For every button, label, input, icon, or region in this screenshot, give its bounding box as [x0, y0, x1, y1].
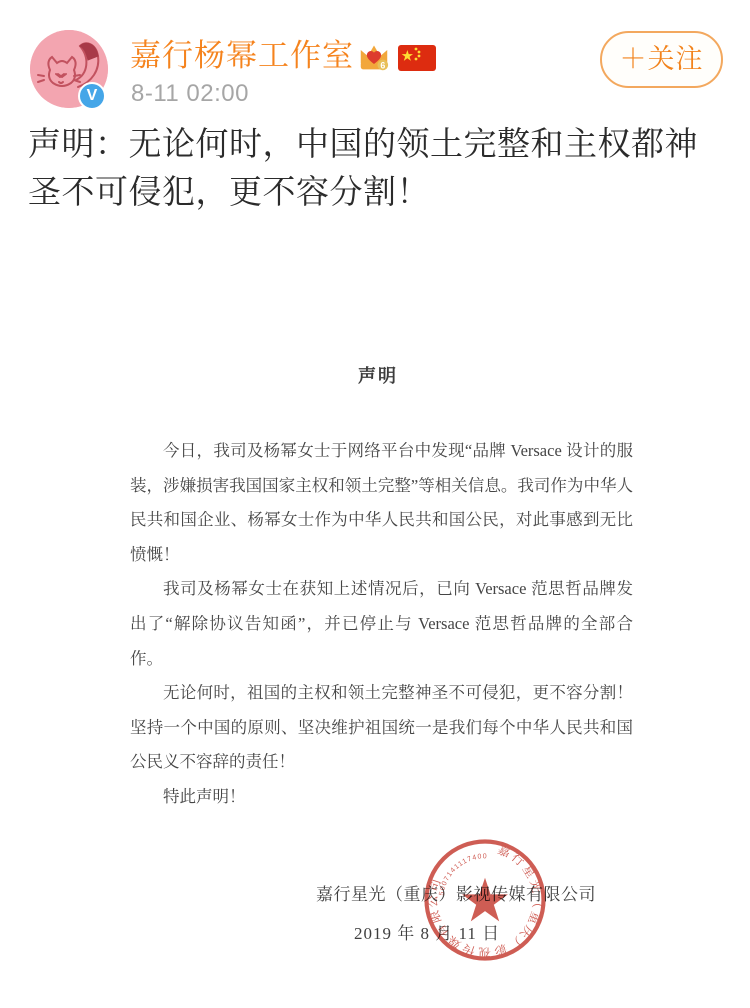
statement-title: 声明: [0, 362, 750, 388]
statement-paragraph: 无论何时，祖国的主权和领土完整神圣不可侵犯，更不容分割！坚持一个中国的原则、坚决…: [130, 676, 633, 780]
official-company-seal: 嘉行星光（重庆）影视传媒有限公司 5007141117400: [420, 835, 550, 965]
svg-text:6: 6: [380, 60, 385, 70]
post-text: 声明：无论何时，中国的领土完整和主权都神圣不可侵犯，更不容分割！: [28, 120, 728, 216]
statement-body: 今日，我司及杨幂女士于网络平台中发现“品牌 Versace 设计的服装，涉嫌损害…: [130, 434, 633, 815]
verified-badge-icon: V: [78, 82, 106, 110]
statement-paragraph: 特此声明！: [130, 780, 633, 815]
statement-paragraph: 今日，我司及杨幂女士于网络平台中发现“品牌 Versace 设计的服装，涉嫌损害…: [130, 434, 633, 572]
china-flag-icon: [398, 44, 438, 72]
svg-text:5007141117400: 5007141117400: [438, 853, 487, 896]
username-link[interactable]: 嘉行杨幂工作室: [130, 38, 354, 74]
vip-crown-level-badge-icon: 6: [358, 42, 390, 72]
avatar[interactable]: V: [30, 30, 108, 108]
weibo-post-card: V 嘉行杨幂工作室 6 8-11 02:00 ＋关注 声明：无论何时，中国的领土…: [0, 0, 750, 1008]
statement-image[interactable]: 声明 今日，我司及杨幂女士于网络平台中发现“品牌 Versace 设计的服装，涉…: [0, 330, 750, 1008]
statement-paragraph: 我司及杨幂女士在获知上述情况后，已向 Versace 范思哲品牌发出了“解除协议…: [130, 572, 633, 676]
post-timestamp: 8-11 02:00: [131, 80, 249, 108]
follow-button[interactable]: ＋关注: [600, 31, 723, 88]
